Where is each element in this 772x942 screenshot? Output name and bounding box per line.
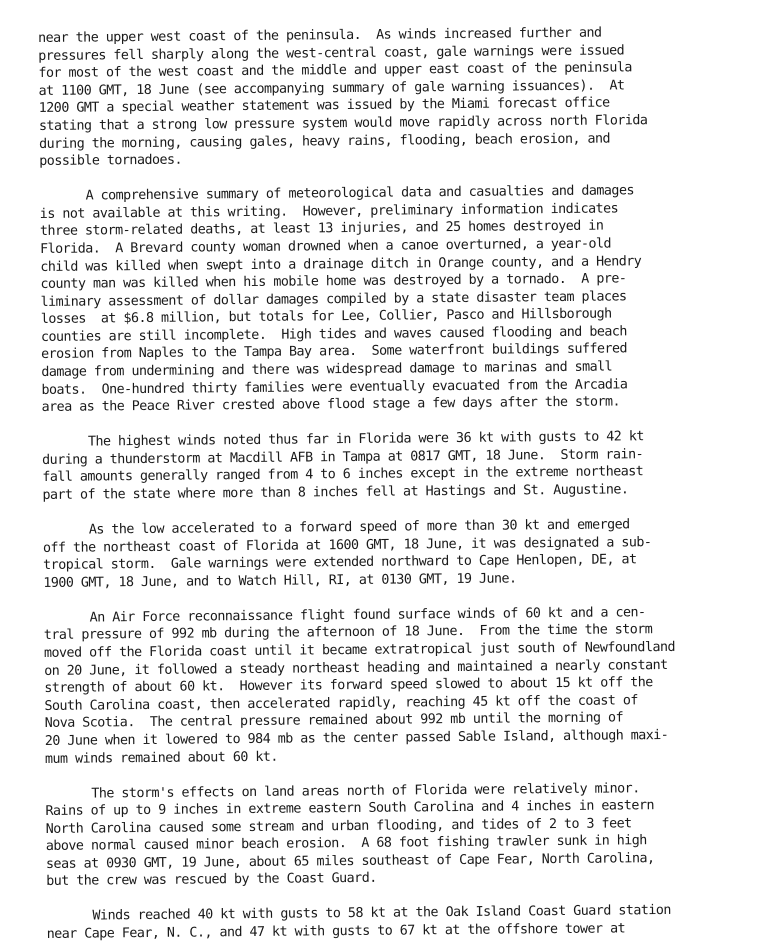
document-page: near the upper west coast of the peninsu… (38, 23, 767, 942)
paragraph-north-effects: The storm's effects on land areas north … (45, 779, 766, 891)
paragraph-highest-winds: The highest winds noted thus far in Flor… (42, 427, 763, 504)
paragraph-gale-warnings: near the upper west coast of the peninsu… (38, 23, 759, 171)
paragraph-subtropical-storm: As the low accelerated to a forward spee… (43, 515, 764, 592)
paragraph-casualties-damages: A comprehensive summary of meteorologica… (40, 181, 762, 417)
paragraph-recon-flight: An Air Force reconnaissance flight found… (44, 603, 765, 768)
paragraph-oak-island-winds: Winds reached 40 kt with gusts to 58 kt … (46, 902, 766, 942)
